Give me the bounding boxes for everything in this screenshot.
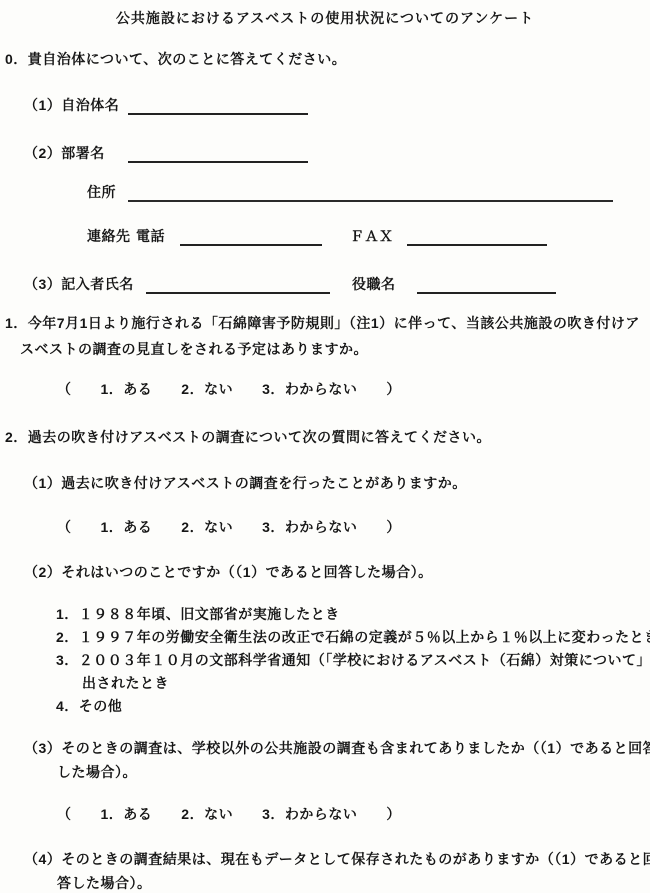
section2-q2-option-4[interactable]: 4．その他 (56, 698, 122, 714)
section0-heading: 0．貴自治体について、次のことに答えてください。 (5, 51, 346, 67)
job-title-field[interactable] (417, 276, 556, 294)
section2-q2-option-3[interactable]: 3．２００３年１０月の文部科学省通知（「学校におけるアスベスト（石綿）対策につい… (56, 652, 650, 668)
questionnaire-page: 公共施設におけるアスベストの使用状況についてのアンケート 0．貴自治体について、… (0, 0, 650, 893)
department-name-label: （2）部署名 (24, 145, 105, 161)
document-title: 公共施設におけるアスベストの使用状況についてのアンケート (0, 10, 650, 26)
department-name-field[interactable] (128, 145, 308, 163)
section2-q1-choices[interactable]: （ 1．ある 2．ない 3．わからない ） (57, 519, 401, 535)
question1-choices[interactable]: （ 1．ある 2．ない 3．わからない ） (57, 381, 401, 397)
section2-q2-option-3-cont: 出されたとき (82, 675, 169, 691)
section2-q3-text-line1: （3）そのときの調査は、学校以外の公共施設の調査も含まれてありましたか（（1）で… (24, 740, 650, 756)
section2-q1-text: （1）過去に吹き付けアスベストの調査を行ったことがありますか。 (24, 475, 467, 491)
contact-label: 連絡先 (87, 228, 131, 244)
section2-q2-option-2[interactable]: 2．１９９７年の労働安全衛生法の改正で石綿の定義が５％以上から１％以上に変わった… (56, 629, 650, 645)
section2-heading: 2．過去の吹き付けアスベストの調査について次の質問に答えてください。 (5, 429, 491, 445)
municipality-name-label: （1）自治体名 (24, 97, 119, 113)
fax-field[interactable] (407, 228, 547, 246)
question1-text-line2: スベストの調査の見直しをされる予定はありますか。 (20, 341, 368, 357)
question1-text-line1: 1．今年7月1日より施行される「石綿障害予防規則」（注1）に伴って、当該公共施設… (5, 315, 640, 331)
section2-q2-text: （2）それはいつのことですか（（1）であると回答した場合）。 (24, 564, 433, 580)
fax-label: ＦＡＸ (350, 228, 394, 244)
job-title-label: 役職名 (352, 276, 396, 292)
phone-label: 電話 (136, 228, 165, 244)
address-label: 住所 (87, 184, 116, 200)
section2-q3-choices[interactable]: （ 1．ある 2．ない 3．わからない ） (57, 806, 401, 822)
address-field[interactable] (128, 184, 613, 202)
section2-q2-option-1[interactable]: 1．１９８８年頃、旧文部省が実施したとき (56, 606, 340, 622)
respondent-name-label: （3）記入者氏名 (24, 276, 134, 292)
phone-field[interactable] (180, 228, 322, 246)
section2-q4-text-line1: （4）そのときの調査結果は、現在もデータとして保存されたものがありますか（（1）… (24, 851, 650, 867)
respondent-name-field[interactable] (146, 276, 330, 294)
municipality-name-field[interactable] (128, 97, 308, 115)
section2-q3-text-line2: した場合）。 (57, 764, 137, 780)
section2-q4-text-line2: 答した場合）。 (57, 875, 152, 891)
